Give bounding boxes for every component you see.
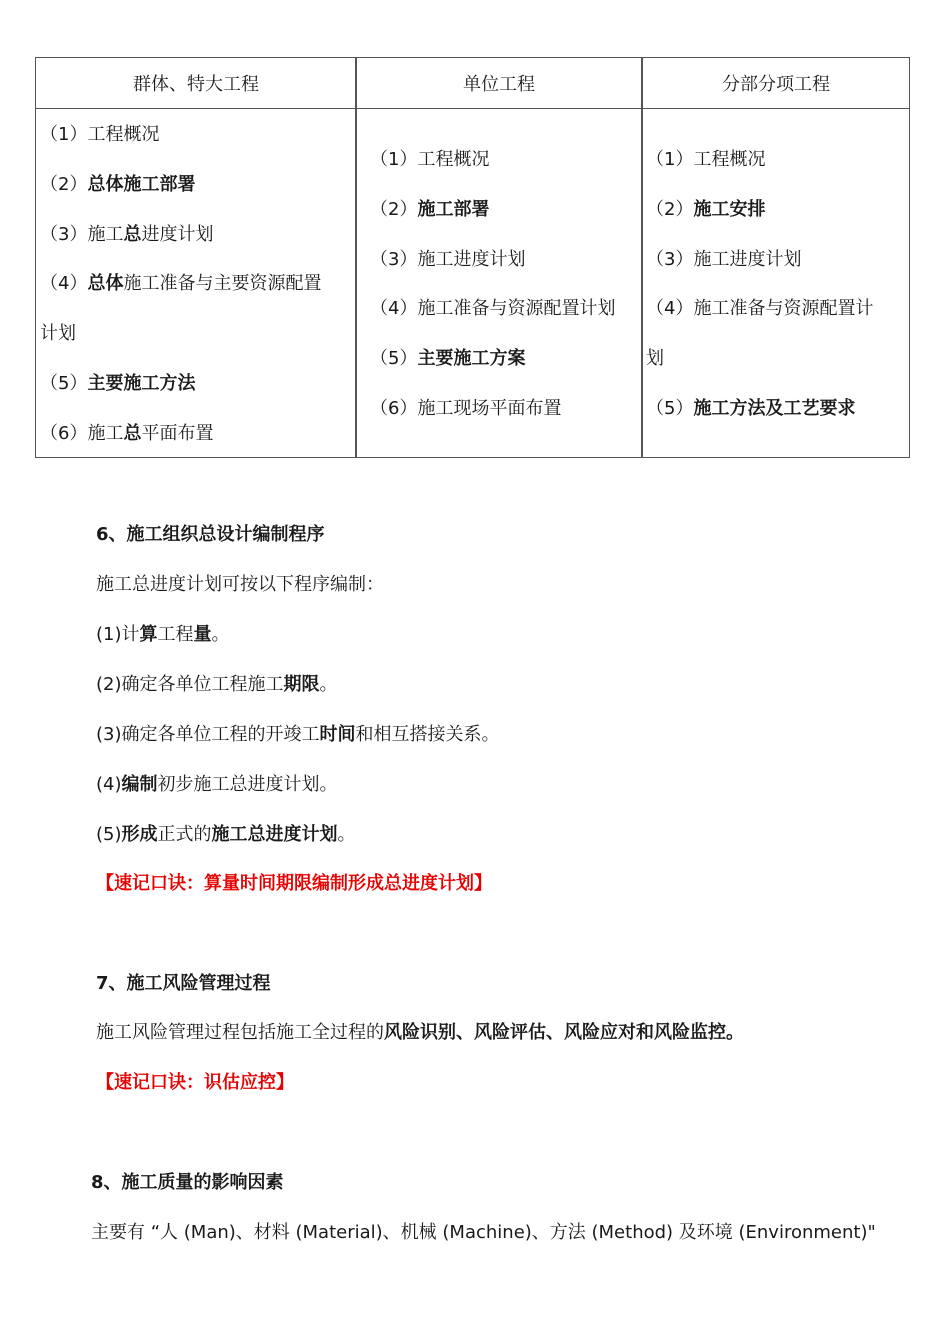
step-item: (3)确定各单位工程的开竣工时间和相互搭接关系。 <box>96 720 500 746</box>
text-run: 工程 <box>158 624 194 645</box>
item-number: （2） <box>646 199 693 220</box>
list-item: （5）主要施工方案 <box>370 334 640 384</box>
step-item: (1)计算工程量。 <box>96 620 230 646</box>
text-run: 工程概况 <box>417 149 489 170</box>
list-item: （5）主要施工方法 <box>40 359 354 409</box>
list-item: （3）施工进度计划 <box>370 235 640 285</box>
table-divider <box>641 58 643 457</box>
text-run: 时间 <box>320 724 356 745</box>
text-run: 施工进度计划 <box>693 249 801 270</box>
item-number: （4） <box>370 298 417 319</box>
comparison-table: 群体、特大工程 单位工程 分部分项工程 （1）工程概况（2）总体施工部署（3）施… <box>35 57 910 458</box>
item-number: （3） <box>370 249 417 270</box>
text-run: (4) <box>96 774 122 795</box>
text-run: 划 <box>646 348 664 369</box>
text-run: 进度计划 <box>141 224 213 245</box>
section-7-title: 7、施工风险管理过程 <box>96 969 271 995</box>
item-number: （6） <box>40 423 87 444</box>
text-run: 初步施工总进度计划。 <box>158 774 338 795</box>
item-number: （2） <box>370 199 417 220</box>
text-run: (3)确定各单位工程的开竣工 <box>96 724 320 745</box>
step-item: (2)确定各单位工程施工期限。 <box>96 670 338 696</box>
item-number: （4） <box>646 298 693 319</box>
text-run: 施工风险管理过程包括施工全过程的 <box>96 1022 384 1043</box>
text-run: 施工准备与资源配置计 <box>693 298 873 319</box>
text-run: 施工安排 <box>693 199 765 220</box>
table-cell-group-project: （1）工程概况（2）总体施工部署（3）施工总进度计划（4）总体施工准备与主要资源… <box>40 110 354 459</box>
section-8-body: 主要有 “人 (Man)、材料 (Material)、机械 (Machine)、… <box>91 1218 876 1244</box>
table-cell-unit-project: （1）工程概况（2）施工部署（3）施工进度计划（4）施工准备与资源配置计划（5）… <box>370 135 640 434</box>
text-run: 风险识别、风险评估、风险应对和风险监控。 <box>384 1022 744 1043</box>
item-number: （5） <box>40 373 87 394</box>
text-run: 工程概况 <box>693 149 765 170</box>
text-run: (5) <box>96 824 122 845</box>
text-run: 算 <box>140 624 158 645</box>
list-item: （6）施工现场平面布置 <box>370 384 640 434</box>
list-item: （1）工程概况 <box>40 110 354 160</box>
text-run: 主要施工方案 <box>417 348 525 369</box>
item-number: （1） <box>370 149 417 170</box>
text-run: 正式的 <box>158 824 212 845</box>
text-run: 施工 <box>87 423 123 444</box>
text-run: 施工方法及工艺要求 <box>693 398 855 419</box>
item-number: （6） <box>370 398 417 419</box>
item-number: （5） <box>646 398 693 419</box>
list-item: （2）施工部署 <box>370 185 640 235</box>
text-run: 量 <box>194 624 212 645</box>
text-run: 总体施工部署 <box>87 174 195 195</box>
list-item: 计划 <box>40 309 354 359</box>
text-run: 和相互搭接关系。 <box>356 724 500 745</box>
step-item: (5)形成正式的施工总进度计划。 <box>96 820 356 846</box>
item-number: （3） <box>40 224 87 245</box>
text-run: 。 <box>320 674 338 695</box>
text-run: 工程概况 <box>87 124 159 145</box>
list-item: （4）施工准备与资源配置计划 <box>370 284 640 334</box>
section-6-intro: 施工总进度计划可按以下程序编制： <box>96 570 384 596</box>
list-item: （5）施工方法及工艺要求 <box>646 384 908 434</box>
text-run: 。 <box>338 824 356 845</box>
list-item: （3）施工总进度计划 <box>40 210 354 260</box>
table-header-subdivision-project: 分部分项工程 <box>642 58 910 109</box>
text-run: 总 <box>123 423 141 444</box>
text-run: 主要施工方法 <box>87 373 195 394</box>
item-number: （1） <box>40 124 87 145</box>
text-run: 施工准备与资源配置计划 <box>417 298 615 319</box>
text-run: 施工部署 <box>417 199 489 220</box>
section-6-title: 6、施工组织总设计编制程序 <box>96 520 325 546</box>
item-number: （5） <box>370 348 417 369</box>
text-run: 施工现场平面布置 <box>417 398 561 419</box>
text-run: 施工进度计划 <box>417 249 525 270</box>
section-7-body: 施工风险管理过程包括施工全过程的风险识别、风险评估、风险应对和风险监控。 <box>96 1018 744 1044</box>
list-item: （3）施工进度计划 <box>646 235 908 285</box>
text-run: 编制 <box>122 774 158 795</box>
text-run: (1)计 <box>96 624 140 645</box>
step-item: (4)编制初步施工总进度计划。 <box>96 770 338 796</box>
mnemonic-7: 【速记口诀：识估应控】 <box>96 1068 294 1094</box>
list-item: （1）工程概况 <box>370 135 640 185</box>
item-number: （4） <box>40 273 87 294</box>
list-item: 划 <box>646 334 908 384</box>
item-number: （1） <box>646 149 693 170</box>
text-run: 计划 <box>40 323 76 344</box>
list-item: （2）总体施工部署 <box>40 160 354 210</box>
text-run: 形成 <box>122 824 158 845</box>
text-run: 施工总进度计划 <box>212 824 338 845</box>
list-item: （6）施工总平面布置 <box>40 409 354 459</box>
text-run: 总 <box>123 224 141 245</box>
text-run: (2)确定各单位工程施工 <box>96 674 284 695</box>
table-header-group-project: 群体、特大工程 <box>36 58 356 109</box>
mnemonic-6: 【速记口诀：算量时间期限编制形成总进度计划】 <box>96 869 492 895</box>
text-run: 施工 <box>87 224 123 245</box>
text-run: 。 <box>212 624 230 645</box>
section-8-title: 8、施工质量的影响因素 <box>91 1168 284 1194</box>
table-cell-subdivision-project: （1）工程概况（2）施工安排（3）施工进度计划（4）施工准备与资源配置计划（5）… <box>646 135 908 434</box>
item-number: （3） <box>646 249 693 270</box>
table-header-unit-project: 单位工程 <box>356 58 642 109</box>
list-item: （4）施工准备与资源配置计 <box>646 284 908 334</box>
text-run: 平面布置 <box>141 423 213 444</box>
text-run: 施工准备与主要资源配置 <box>123 273 321 294</box>
table-divider <box>355 58 357 457</box>
text-run: 期限 <box>284 674 320 695</box>
text-run: 总体 <box>87 273 123 294</box>
list-item: （4）总体施工准备与主要资源配置 <box>40 259 354 309</box>
item-number: （2） <box>40 174 87 195</box>
list-item: （1）工程概况 <box>646 135 908 185</box>
list-item: （2）施工安排 <box>646 185 908 235</box>
